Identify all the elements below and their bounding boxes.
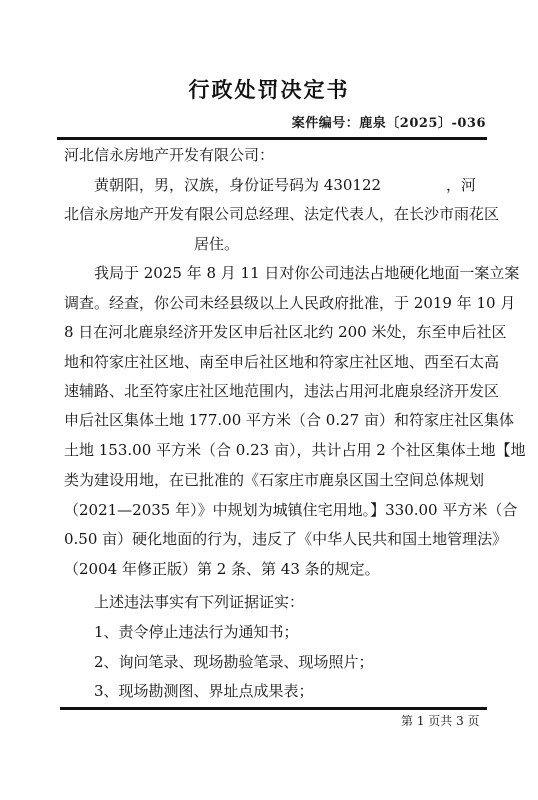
facts-line-11: （2004 年修正版）第 2 条、第 43 条的规定。 bbox=[64, 559, 476, 579]
facts-line-2: 调查。经查，你公司未经县级以上人民政府批准，于 2019 年 10 月 bbox=[64, 293, 476, 313]
facts-line-3: 8 日在河北鹿泉经济开发区申后社区北约 200 米处，东至申后社区 bbox=[64, 322, 476, 342]
facts-line-8: 类为建设用地，在已批准的《石家庄市鹿泉区国土空间总体规划 bbox=[64, 470, 476, 490]
evidence-intro: 上述违法事实有下列证据证实： bbox=[94, 592, 476, 612]
facts-line-6: 申后社区集体土地 177.00 平方米（合 0.27 亩）和符家庄社区集体 bbox=[64, 410, 476, 430]
party-info-tail: ，河 bbox=[446, 175, 476, 195]
case-number: 案件编号：鹿泉〔2025〕-036 bbox=[292, 112, 486, 131]
party-info-text: 黄朝阳，男，汉族，身份证号码为 430122 bbox=[94, 176, 381, 194]
header-divider bbox=[57, 137, 487, 140]
page-number: 第 1 页共 3 页 bbox=[401, 712, 480, 729]
evidence-item-1: 1、责令停止违法行为通知书； bbox=[94, 622, 476, 642]
facts-line-1: 我局于 2025 年 8 月 11 日对你公司违法占地硬化地面一案立案 bbox=[94, 263, 476, 283]
party-info-line-1: 黄朝阳，男，汉族，身份证号码为 430122，河 bbox=[94, 175, 476, 195]
facts-line-10: 0.50 亩）硬化地面的行为，违反了《中华人民共和国土地管理法》 bbox=[64, 529, 476, 549]
footer-divider bbox=[60, 707, 487, 710]
facts-line-5: 速辅路、北至符家庄社区地范围内，违法占用河北鹿泉经济开发区 bbox=[64, 381, 476, 401]
facts-line-9: （2021—2035 年）》中规划为城镇住宅用地。】330.00 平方米（合 bbox=[64, 500, 476, 520]
addressee: 河北信永房地产开发有限公司： bbox=[64, 145, 476, 165]
party-info-line-2: 北信永房地产开发有限公司总经理、法定代表人，在长沙市雨花区 bbox=[64, 204, 476, 224]
facts-line-7: 土地 153.00 平方米（合 0.23 亩），共计占用 2 个社区集体土地【地 bbox=[64, 440, 476, 460]
document-title: 行政处罚决定书 bbox=[0, 74, 538, 104]
evidence-item-2: 2、询问笔录、现场勘验笔录、现场照片； bbox=[94, 652, 476, 672]
evidence-item-3: 3、现场勘测图、界址点成果表； bbox=[94, 681, 476, 701]
party-info-line-3: 居住。 bbox=[194, 234, 538, 254]
facts-line-4: 地和符家庄社区地、南至申后社区地和符家庄社区地、西至石太高 bbox=[64, 352, 476, 372]
